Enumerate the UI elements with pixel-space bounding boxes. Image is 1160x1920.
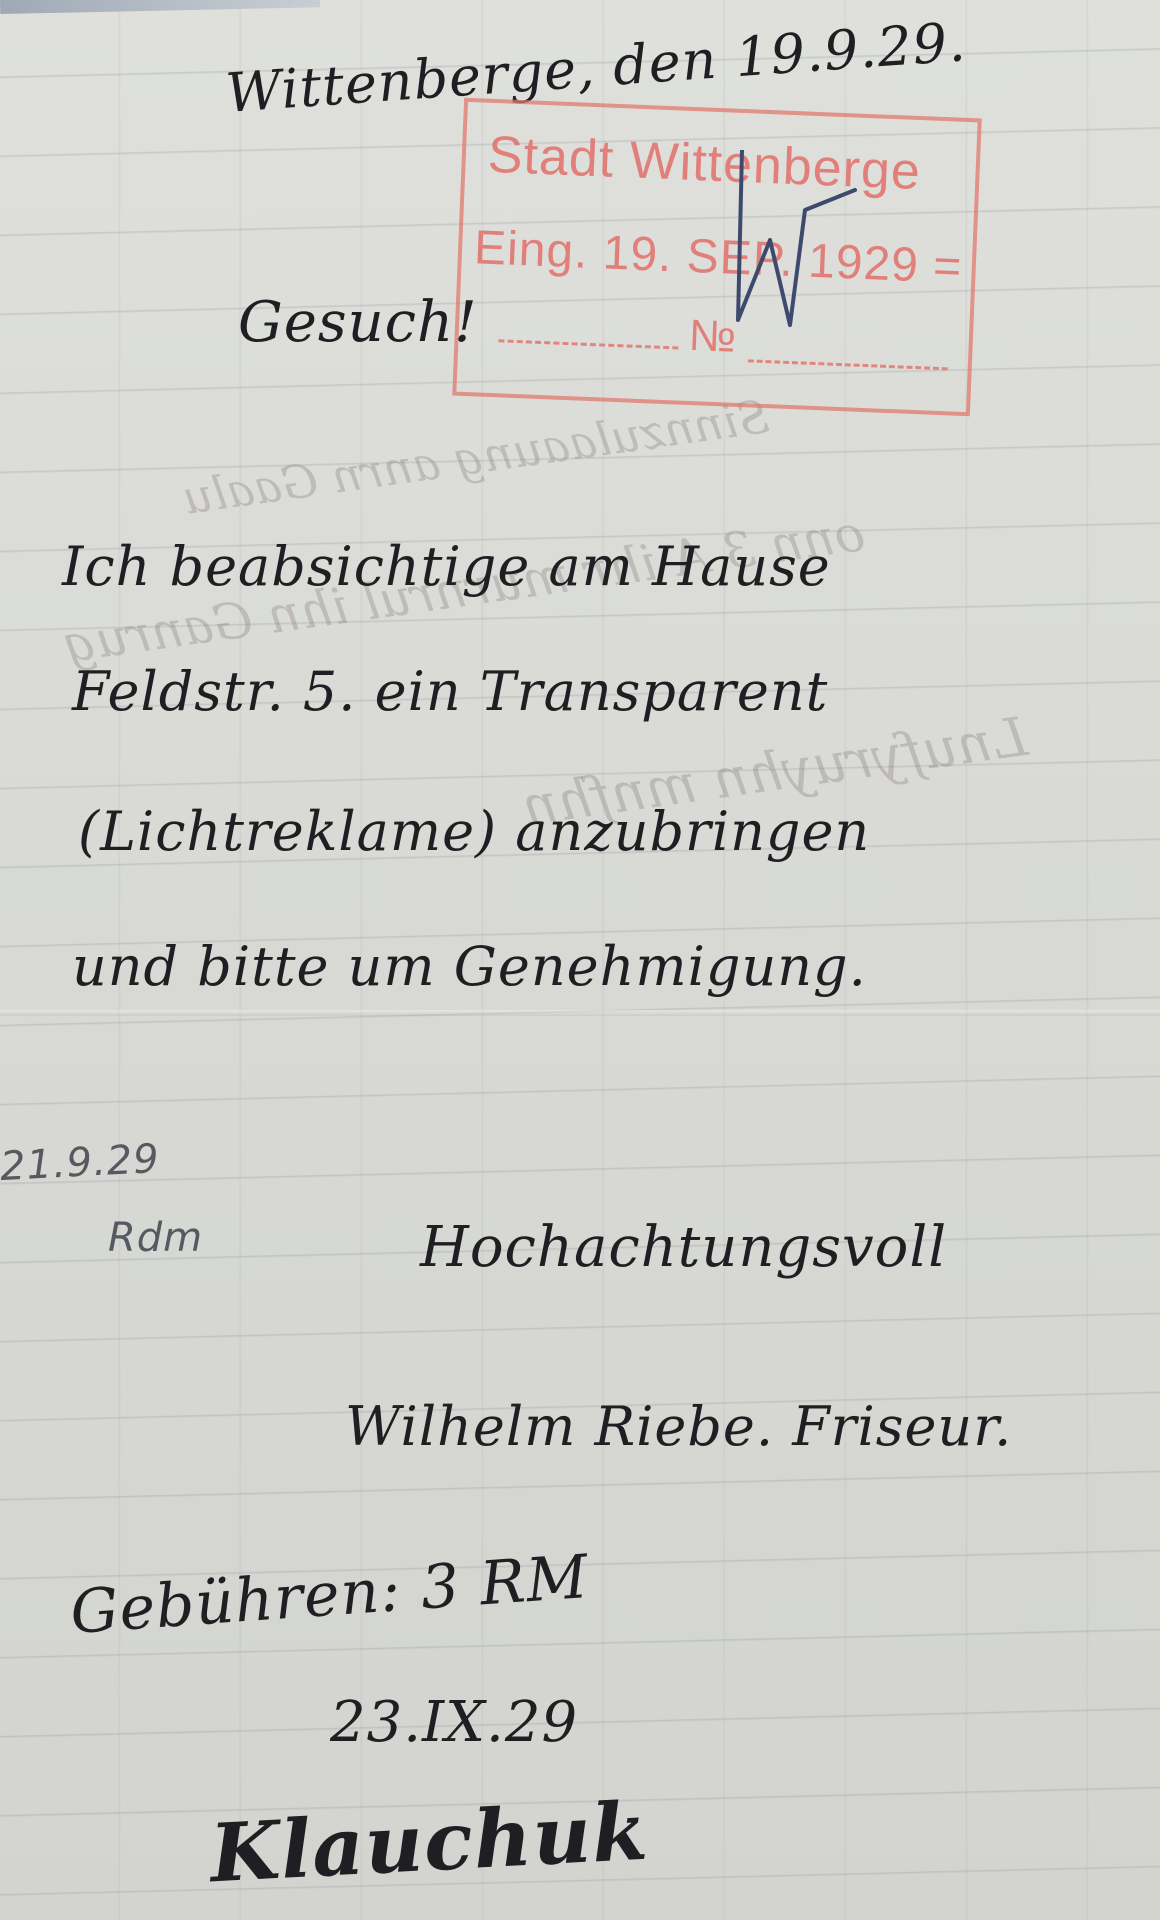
- body-line-2: Feldstr. 5. ein Transparent: [72, 660, 828, 723]
- paper-fold: [0, 1010, 1160, 1016]
- margin-note-initials: Rdm: [108, 1215, 203, 1261]
- stamp-received-date: Eing. 19. SEP. 1929 =: [473, 220, 963, 295]
- fee-note-date: 23.IX.29: [330, 1690, 578, 1755]
- margin-note-date: 21.9.29: [0, 1136, 161, 1190]
- stamp-dashed-line: [748, 359, 948, 370]
- closing-salutation: Hochachtungsvoll: [420, 1215, 947, 1280]
- subject-heading: Gesuch!: [238, 290, 478, 355]
- body-line-4: und bitte um Genehmigung.: [72, 935, 867, 998]
- body-line-1: Ich beabsichtige am Hause: [62, 535, 831, 598]
- applicant-signature: Wilhelm Riebe. Friseur.: [345, 1395, 1012, 1458]
- stamp-dashed-line: [498, 339, 678, 349]
- receipt-stamp: Stadt Wittenberge Eing. 19. SEP. 1929 = …: [452, 98, 982, 417]
- blue-initial-mark-icon: [730, 150, 870, 340]
- body-line-3: (Lichtreklame) anzubringen: [78, 800, 870, 863]
